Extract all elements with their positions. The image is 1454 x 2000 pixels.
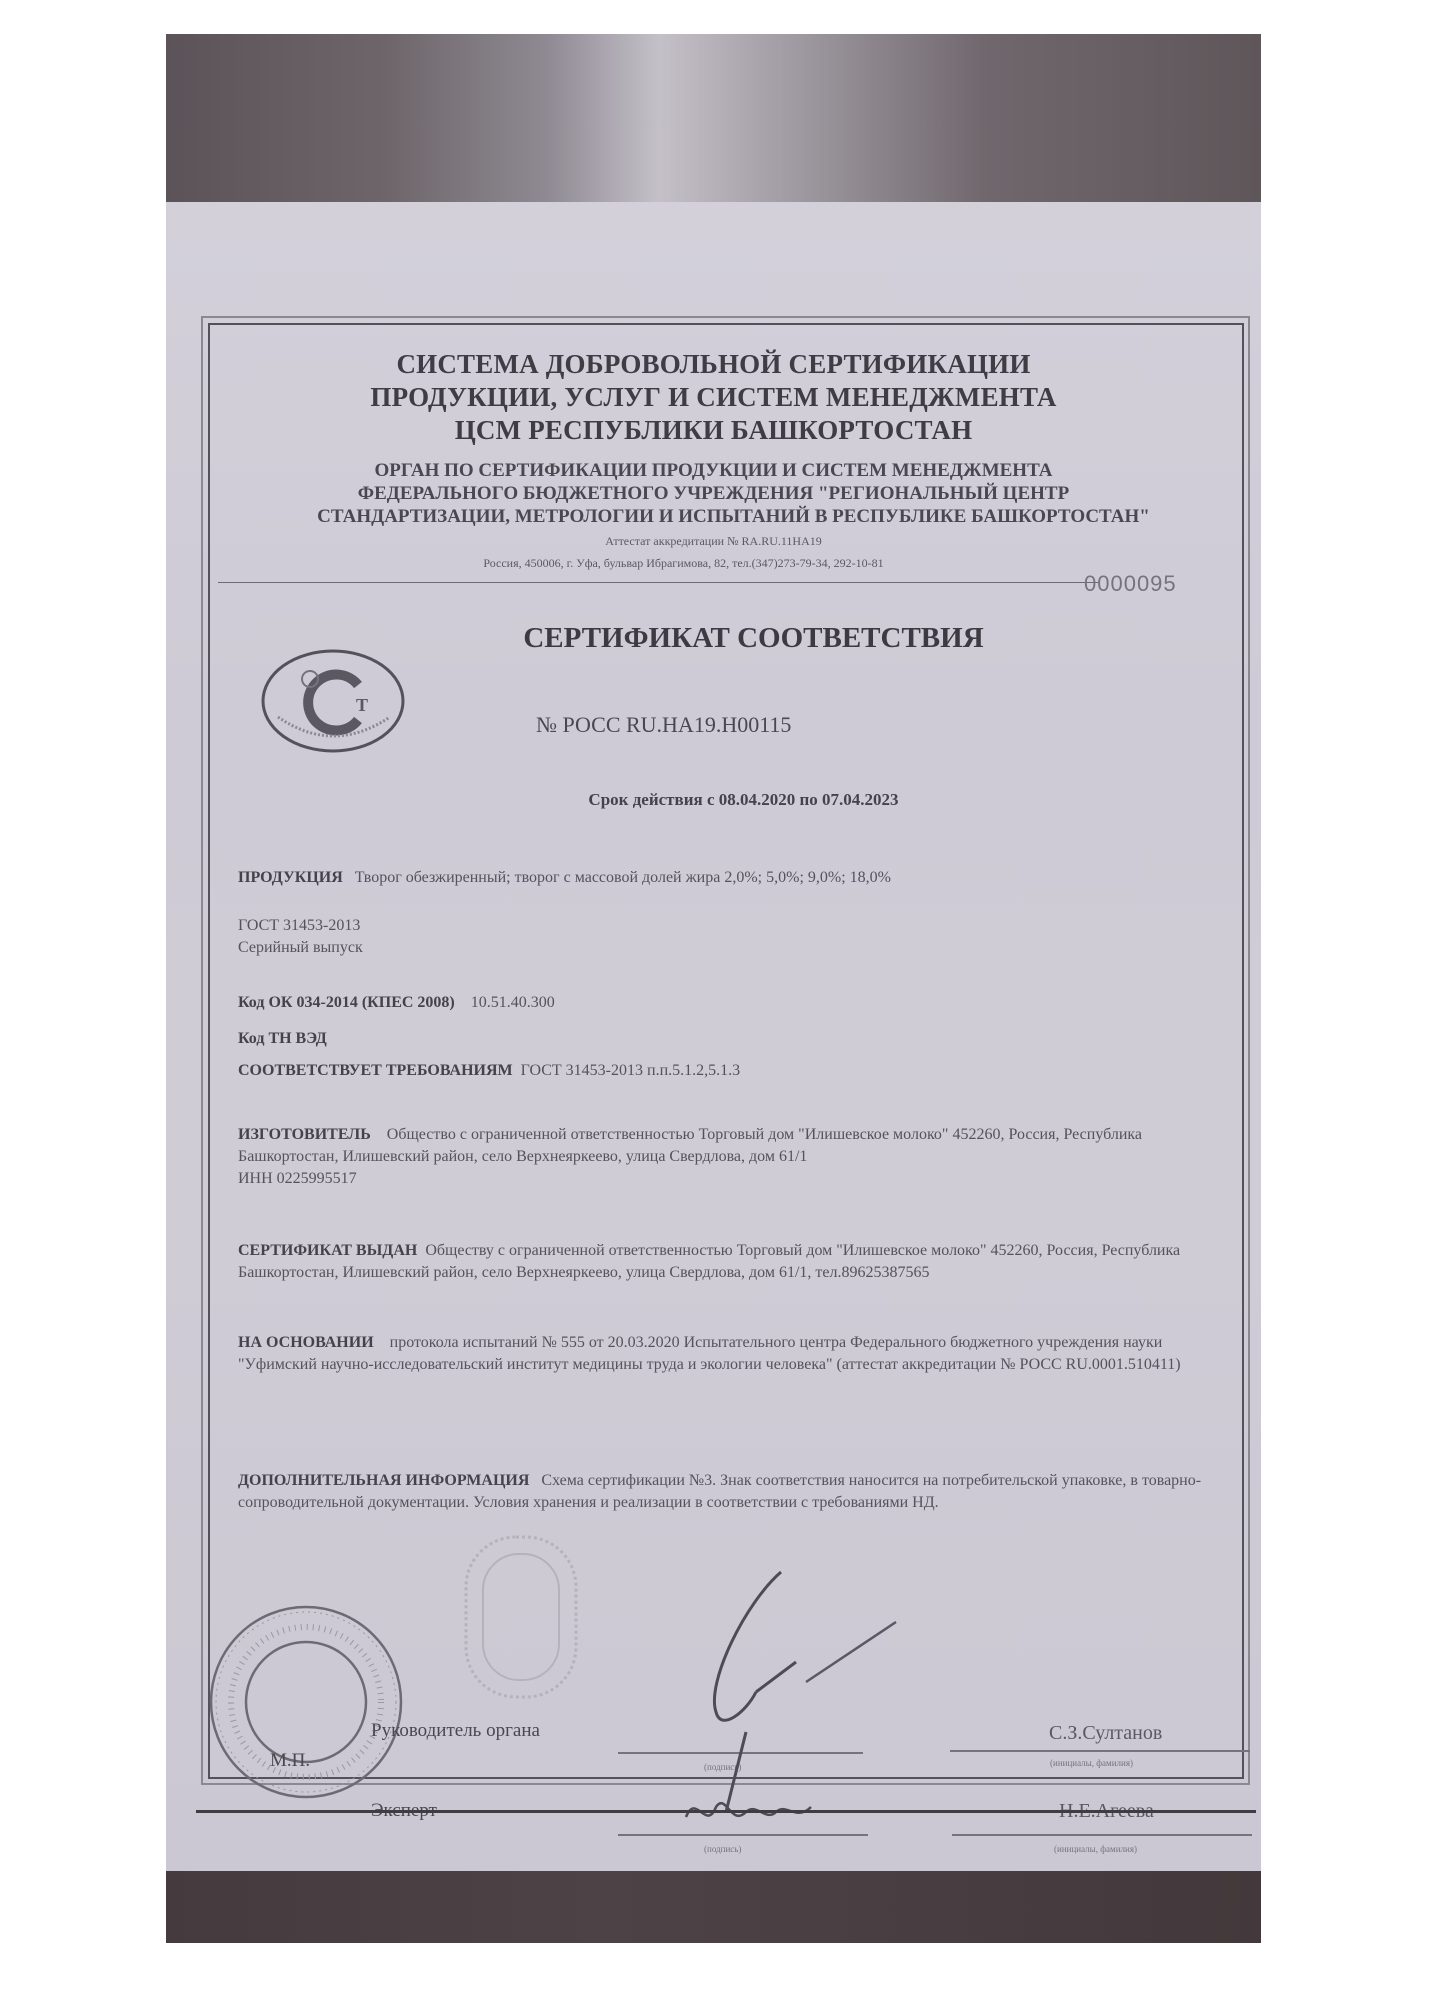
expert-name-caption: (инициалы, фамилия) [1054,1844,1137,1854]
accreditation-number: Аттестат аккредитации № RA.RU.11HA19 [166,534,1261,549]
authority-address: Россия, 450006, г. Уфа, бульвар Ибрагимо… [166,556,1231,571]
okpd-value: 10.51.40.300 [471,994,555,1011]
field-additional-info: ДОПОЛНИТЕЛЬНАЯ ИНФОРМАЦИЯ Схема сертифик… [238,1470,1228,1514]
system-title-line-3: ЦСМ РЕСПУБЛИКИ БАШКОРТОСТАН [166,415,1261,446]
field-standard: ГОСТ 31453-2013 Серийный выпуск [238,915,1228,959]
certificate-sheet: СИСТЕМА ДОБРОВОЛЬНОЙ СЕРТИФИКАЦИИ ПРОДУК… [166,202,1261,1871]
validity-period: Срок действия с 08.04.2020 по 07.04.2023 [196,790,1261,810]
document-photo: СИСТЕМА ДОБРОВОЛЬНОЙ СЕРТИФИКАЦИИ ПРОДУК… [166,34,1261,1943]
address-underline [218,582,1098,583]
head-name-line [950,1750,1250,1752]
authority-line-1: ОРГАН ПО СЕРТИФИКАЦИИ ПРОДУКЦИИ И СИСТЕМ… [166,460,1261,482]
complies-value: ГОСТ 31453-2013 п.п.5.1.2,5.1.3 [521,1062,741,1079]
head-name: С.З.Султанов [1049,1722,1162,1745]
manufacturer-value: Общество с ограниченной ответственностью… [238,1126,1142,1165]
field-manufacturer: ИЗГОТОВИТЕЛЬ Общество с ограниченной отв… [238,1124,1228,1190]
issued-to-label: СЕРТИФИКАТ ВЫДАН [238,1242,417,1259]
basis-value: протокола испытаний № 555 от 20.03.2020 … [238,1334,1181,1373]
expert-signature-caption: (подпись) [704,1844,741,1854]
tnved-label: Код ТН ВЭД [238,1030,327,1047]
system-title-line-1: СИСТЕМА ДОБРОВОЛЬНОЙ СЕРТИФИКАЦИИ [166,349,1261,380]
field-basis: НА ОСНОВАНИИ протокола испытаний № 555 о… [238,1332,1228,1376]
authority-line-3: СТАНДАРТИЗАЦИИ, МЕТРОЛОГИИ И ИСПЫТАНИЙ В… [186,506,1261,528]
round-seal-stamp-icon [206,1602,406,1802]
system-title-line-2: ПРОДУКЦИИ, УСЛУГ И СИСТЕМ МЕНЕДЖМЕНТА [166,382,1261,413]
basis-label: НА ОСНОВАНИИ [238,1334,374,1351]
background-bottom-band [166,1871,1261,1943]
product-value: Творог обезжиренный; творог с массовой д… [355,869,891,886]
svg-text:T: T [356,695,368,715]
head-name-caption: (инициалы, фамилия) [1050,1758,1133,1768]
field-complies: СООТВЕТСТВУЕТ ТРЕБОВАНИЯМ ГОСТ 31453-201… [238,1060,1228,1082]
bottom-frame-edge [196,1810,1256,1813]
certificate-number: № РОСС RU.HA19.H00115 [536,712,791,738]
field-issued-to: СЕРТИФИКАТ ВЫДАН Обществу с ограниченной… [238,1240,1228,1284]
expert-signature-icon [676,1787,836,1842]
field-product: ПРОДУКЦИЯ Творог обезжиренный; творог с … [238,867,1228,889]
field-tnved-code: Код ТН ВЭД [238,1028,1228,1050]
field-okpd-code: Код ОК 034-2014 (КПЕС 2008) 10.51.40.300 [238,992,1228,1014]
background-top-band [166,34,1261,202]
complies-label: СООТВЕТСТВУЕТ ТРЕБОВАНИЯМ [238,1062,513,1079]
okpd-label: Код ОК 034-2014 (КПЕС 2008) [238,994,455,1011]
manufacturer-inn: ИНН 0225995517 [238,1168,1228,1190]
faded-seal-stamp-icon [461,1532,581,1702]
serial-number: 0000095 [1084,571,1177,597]
product-label: ПРОДУКЦИЯ [238,869,343,886]
certification-mark-logo-icon: T [258,645,408,757]
standard-gost: ГОСТ 31453-2013 [238,915,1228,937]
manufacturer-label: ИЗГОТОВИТЕЛЬ [238,1126,371,1143]
expert-name-line [952,1834,1252,1836]
additional-info-label: ДОПОЛНИТЕЛЬНАЯ ИНФОРМАЦИЯ [238,1472,529,1489]
standard-release-type: Серийный выпуск [238,937,1228,959]
stamp-place-label: М.П. [270,1750,310,1772]
head-role-label: Руководитель органа [371,1720,540,1742]
authority-line-2: ФЕДЕРАЛЬНОГО БЮДЖЕТНОГО УЧРЕЖДЕНИЯ "РЕГИ… [166,483,1261,505]
